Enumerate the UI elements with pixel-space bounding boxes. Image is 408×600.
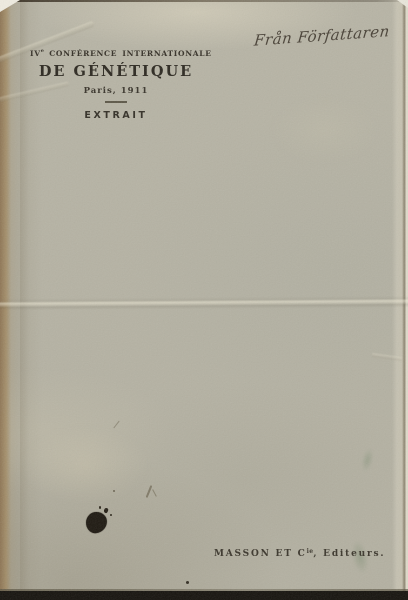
- extrait-label: EXTRAIT: [30, 110, 202, 121]
- conference-title: DE GÉNÉTIQUE: [30, 63, 202, 80]
- scanned-booklet-cover: IVe CONFÉRENCE INTERNATIONALE DE GÉNÉTIQ…: [0, 0, 408, 600]
- series-numeral: IV: [30, 49, 41, 58]
- spine-fold-shadow: [20, 0, 29, 591]
- ink-blot-splatter: [110, 514, 112, 516]
- divider-rule: [105, 101, 127, 103]
- series-text: CONFÉRENCE INTERNATIONALE: [44, 49, 212, 58]
- publisher-role: , Editeurs.: [313, 549, 385, 559]
- ink-blot-splatter: [99, 506, 101, 509]
- place-and-date: Paris, 1911: [30, 86, 202, 96]
- paper-stain: [20, 425, 150, 505]
- dirt-speck: [113, 490, 115, 492]
- page-top-edge: [0, 0, 408, 2]
- scan-bottom-shadow: [0, 591, 408, 600]
- spine-edge: [0, 0, 11, 591]
- title-block: IVe CONFÉRENCE INTERNATIONALE DE GÉNÉTIQ…: [30, 48, 202, 121]
- paper-stain: [270, 95, 380, 165]
- dirt-speck: [186, 581, 189, 584]
- conference-series-line: IVe CONFÉRENCE INTERNATIONALE: [30, 48, 202, 58]
- publisher-name: MASSON ET C: [214, 549, 307, 559]
- publisher-imprint: MASSON ET Cie, Editeurs.: [214, 548, 385, 559]
